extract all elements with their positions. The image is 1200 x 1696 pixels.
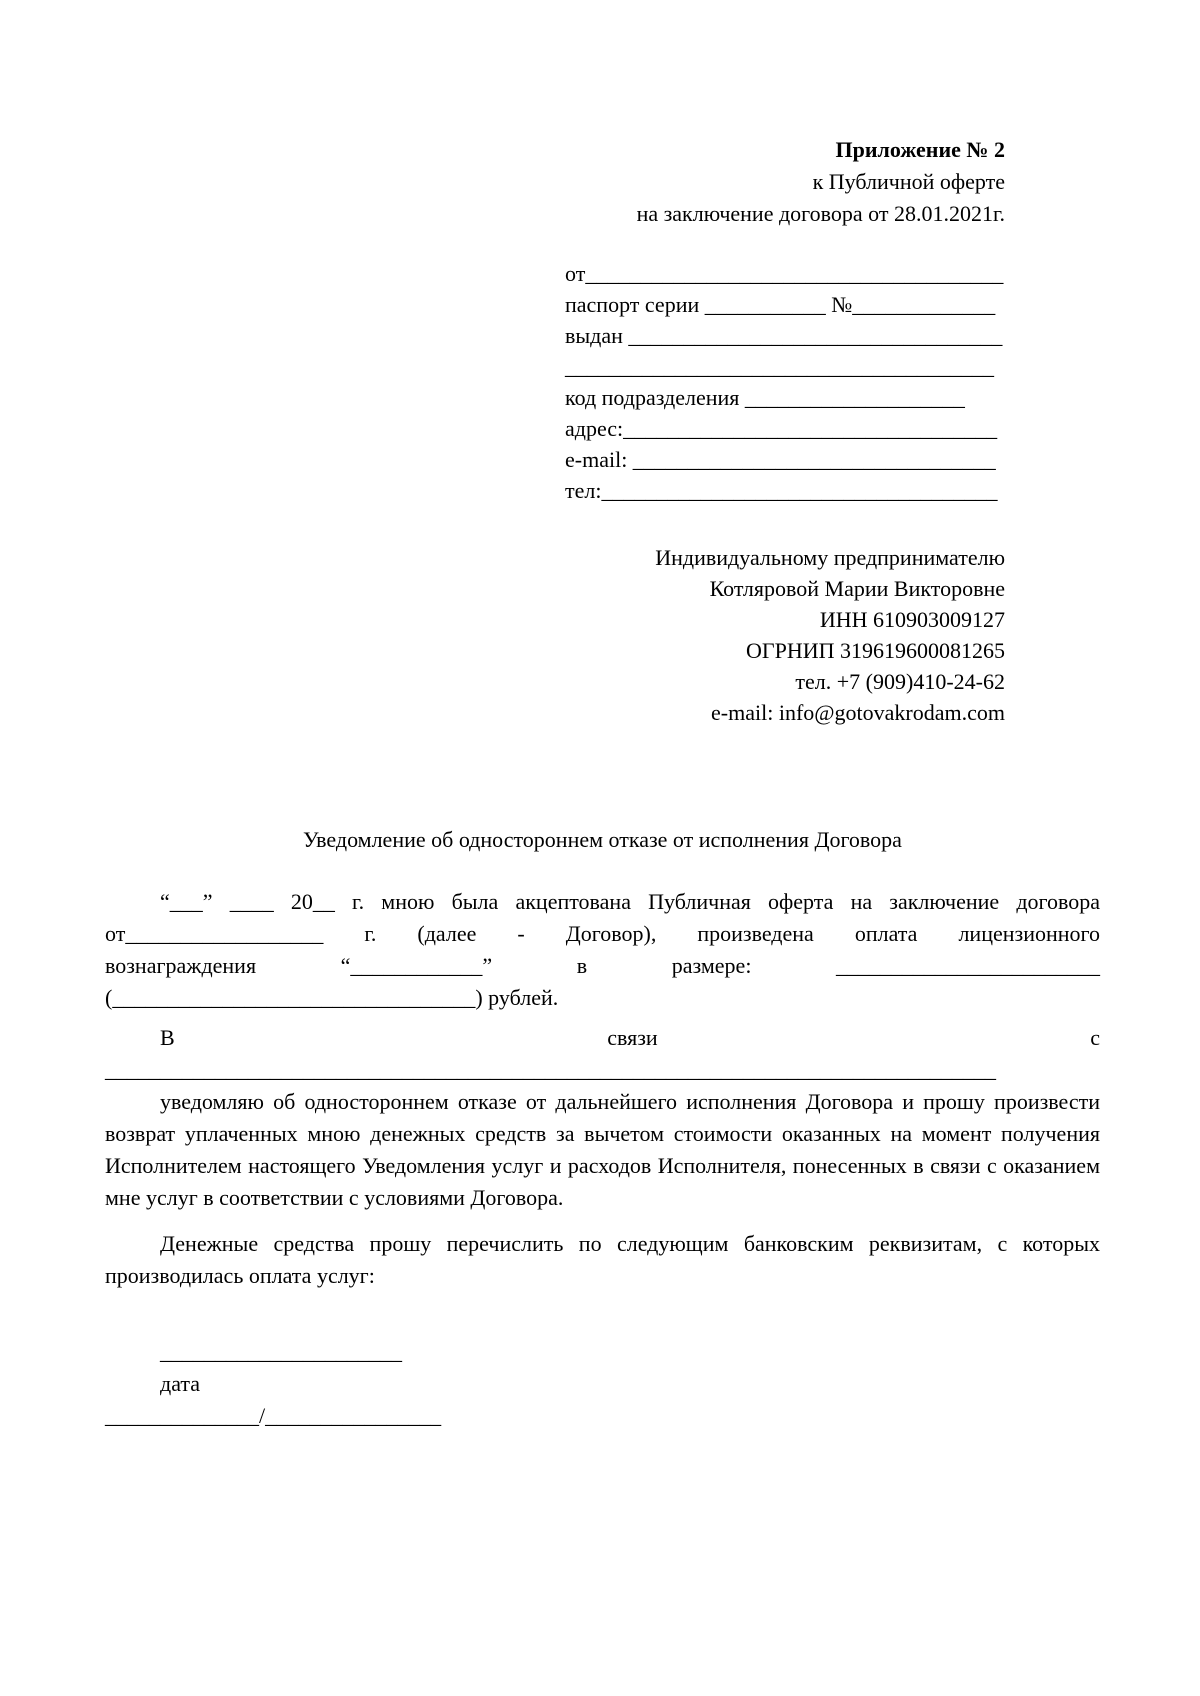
recipient-name-line: Котляровой Марии Викторовне [0, 573, 1005, 604]
from-field-line: от______________________________________ [565, 258, 1007, 289]
recipient-role-line: Индивидуальному предпринимателю [0, 542, 1005, 573]
recipient-email-line: e-mail: info@gotovakrodam.com [0, 697, 1005, 728]
refusal-paragraph: уведомляю об одностороннем отказе от дал… [105, 1086, 1100, 1214]
recipient-block: Индивидуальному предпринимателю Котляров… [0, 542, 1005, 728]
acceptance-line-1: “___” ____ 20__ г. мною была акцептована… [105, 886, 1100, 918]
address-field-line: адрес:__________________________________ [565, 413, 1007, 444]
email-field-line: e-mail: ________________________________… [565, 444, 1007, 475]
contract-date-line: на заключение договора от 28.01.2021г. [0, 198, 1005, 230]
acceptance-line-2: от__________________ г. (далее - Договор… [105, 918, 1100, 950]
signature-block: ______________________ дата ____________… [105, 1336, 1200, 1432]
appendix-header: Приложение № 2 к Публичной оферте на зак… [0, 134, 1005, 230]
date-underline: ______________________ [105, 1336, 1200, 1368]
passport-series-line: паспорт серии ___________ №_____________ [565, 289, 1007, 320]
offer-subtitle: к Публичной оферте [0, 166, 1005, 198]
acceptance-line-4: (_________________________________) рубл… [105, 982, 1100, 1014]
recipient-phone-line: тел. +7 (909)410-24-62 [0, 666, 1005, 697]
passport-issued-line: выдан __________________________________ [565, 320, 1007, 351]
sender-form-block: от______________________________________… [565, 258, 1007, 506]
document-page: Приложение № 2 к Публичной оферте на зак… [0, 0, 1200, 1696]
notice-title: Уведомление об одностороннем отказе от и… [105, 824, 1100, 856]
division-code-line: код подразделения ____________________ [565, 382, 1007, 413]
appendix-title: Приложение № 2 [0, 134, 1005, 166]
passport-issued-continuation-line: _______________________________________ [565, 351, 1007, 382]
acceptance-line-3: вознаграждения “____________” в размере:… [105, 950, 1100, 982]
acceptance-paragraph: “___” ____ 20__ г. мною была акцептована… [105, 886, 1100, 1014]
in-connection-line: В связи с [105, 1022, 1100, 1054]
date-label: дата [105, 1368, 1200, 1400]
signature-slash-line: ______________/________________ [105, 1400, 1200, 1432]
refund-request-paragraph: Денежные средства прошу перечислить по с… [105, 1228, 1100, 1292]
phone-field-line: тел:____________________________________ [565, 475, 1007, 506]
reason-blank-line: ________________________________________… [105, 1054, 1100, 1086]
recipient-ogrnip-line: ОГРНИП 319619600081265 [0, 635, 1005, 666]
recipient-inn-line: ИНН 610903009127 [0, 604, 1005, 635]
